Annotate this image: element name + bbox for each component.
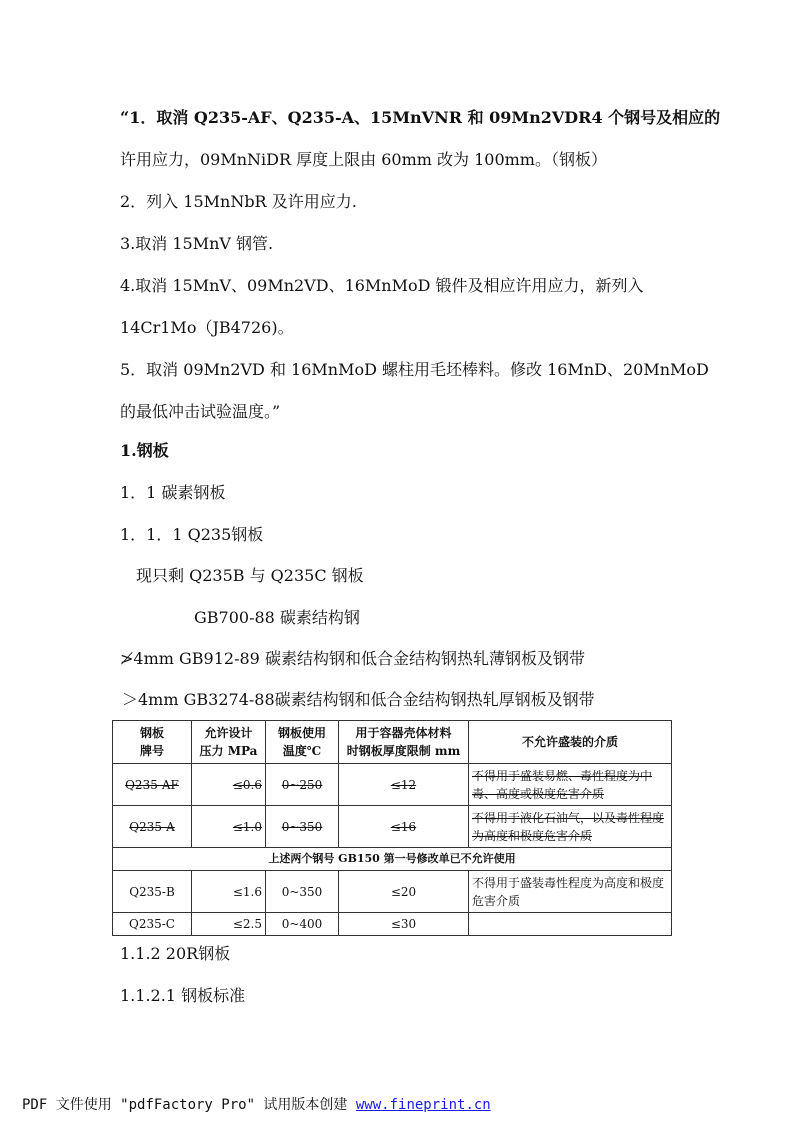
standard-gb912: ≯4mm GB912-89 碳素结构钢和低合金结构钢热轧薄钢板及钢带 — [120, 649, 585, 669]
heading-section-1-1-2: 1.1.2 20R钢板 — [120, 944, 230, 964]
intro-text: 5．取消 09Mn2VD 和 16MnMoD 螺柱用毛坯棒料。修改 16MnD、… — [120, 360, 709, 379]
cell-temperature: 0~350 — [266, 806, 339, 848]
cell-thickness: ≤16 — [339, 806, 469, 848]
header-temperature: 钢板使用 温度℃ — [266, 721, 339, 764]
pdf-footer: PDF 文件使用 "pdfFactory Pro" 试用版本创建 www.fin… — [22, 1094, 491, 1114]
intro-text: 4.取消 15MnV、09Mn2VD、16MnMoD 锻件及相应许用应力，新列入 — [120, 276, 644, 295]
table-row: Q235-C ≤2.5 0~400 ≤30 — [113, 913, 672, 936]
intro-line-6: 14Cr1Mo（JB4726)。 — [120, 318, 294, 338]
cell-grade: Q235-C — [113, 913, 192, 936]
intro-line-4: 3.取消 15MnV 钢管. — [120, 234, 273, 254]
table-row: Q235-B ≤1.6 0~350 ≤20 不得用于盛装毒性程度为高度和极度危害… — [113, 871, 672, 913]
intro-text: “1．取消 Q235-AF、Q235-A、15MnVNR 和 09Mn2VDR4… — [120, 108, 720, 128]
intro-line-7: 5．取消 09Mn2VD 和 16MnMoD 螺柱用毛坯棒料。修改 16MnD、… — [120, 360, 709, 380]
header-pressure: 允许设计 压力 MPa — [192, 721, 266, 764]
cell-grade: Q235-AF — [113, 764, 192, 806]
cell-thickness: ≤20 — [339, 871, 469, 913]
heading-section-1-1: 1．1 碳素钢板 — [120, 483, 225, 503]
cell-temperature: 0~250 — [266, 764, 339, 806]
intro-text: 3.取消 15MnV 钢管. — [120, 234, 273, 253]
footer-link[interactable]: www.fineprint.cn — [356, 1097, 491, 1113]
table-row: Q235-AF ≤0.6 0~250 ≤12 不得用于盛装易燃、毒性程度为中毒、… — [113, 764, 672, 806]
intro-text: 14Cr1Mo（JB4726)。 — [120, 318, 294, 337]
heading-section-1-1-1: 1．1．1 Q235钢板 — [120, 525, 263, 545]
heading-section-1: 1.钢板 — [120, 441, 169, 461]
header-thickness: 用于容器壳体材料 时钢板厚度限制 mm — [339, 721, 469, 764]
intro-line-2: 许用应力，09MnNiDR 厚度上限由 60mm 改为 100mm。（钢板） — [120, 150, 607, 170]
note-remaining-grades: 现只剩 Q235B 与 Q235C 钢板 — [136, 566, 364, 586]
cell-thickness: ≤30 — [339, 913, 469, 936]
table-merged-note-row: 上述两个钢号 GB150 第一号修改单已不允许使用 — [113, 848, 672, 871]
cell-thickness: ≤12 — [339, 764, 469, 806]
cell-pressure: ≤0.6 — [192, 764, 266, 806]
merged-note: 上述两个钢号 GB150 第一号修改单已不允许使用 — [113, 848, 672, 871]
heading-section-1-1-2-1: 1.1.2.1 钢板标准 — [120, 986, 245, 1006]
standard-gb3274: ＞4mm GB3274-88碳素结构钢和低合金结构钢热轧厚钢板及钢带 — [122, 690, 595, 710]
table-row: Q235-A ≤1.0 0~350 ≤16 不得用于液化石油气，以及毒性程度为高… — [113, 806, 672, 848]
cell-pressure: ≤2.5 — [192, 913, 266, 936]
cell-temperature: 0~400 — [266, 913, 339, 936]
q235-spec-table: 钢板 牌号 允许设计 压力 MPa 钢板使用 温度℃ 用于容器壳体材料 时钢板厚… — [112, 720, 672, 936]
cell-pressure: ≤1.6 — [192, 871, 266, 913]
intro-line-1: “1．取消 Q235-AF、Q235-A、15MnVNR 和 09Mn2VDR4… — [120, 108, 674, 128]
table-header-row: 钢板 牌号 允许设计 压力 MPa 钢板使用 温度℃ 用于容器壳体材料 时钢板厚… — [113, 721, 672, 764]
cell-grade: Q235-B — [113, 871, 192, 913]
cell-medium: 不得用于液化石油气，以及毒性程度为高度和极度危害介质 — [469, 806, 672, 848]
header-grade: 钢板 牌号 — [113, 721, 192, 764]
cell-temperature: 0~350 — [266, 871, 339, 913]
standard-gb700: GB700-88 碳素结构钢 — [194, 608, 360, 628]
cell-pressure: ≤1.0 — [192, 806, 266, 848]
intro-line-5: 4.取消 15MnV、09Mn2VD、16MnMoD 锻件及相应许用应力，新列入 — [120, 276, 644, 296]
intro-text: 2．列入 15MnNbR 及许用应力. — [120, 192, 357, 211]
header-medium: 不允许盛装的介质 — [469, 721, 672, 764]
cell-grade: Q235-A — [113, 806, 192, 848]
intro-line-8: 的最低冲击试验温度。” — [120, 402, 280, 422]
footer-text: PDF 文件使用 "pdfFactory Pro" 试用版本创建 — [22, 1097, 356, 1113]
intro-line-3: 2．列入 15MnNbR 及许用应力. — [120, 192, 357, 212]
intro-text: 许用应力，09MnNiDR 厚度上限由 60mm 改为 100mm。（钢板） — [120, 150, 607, 169]
cell-medium: 不得用于盛装易燃、毒性程度为中毒、高度或极度危害介质 — [469, 764, 672, 806]
intro-text: 的最低冲击试验温度。” — [120, 402, 280, 421]
cell-medium: 不得用于盛装毒性程度为高度和极度危害介质 — [469, 871, 672, 913]
cell-medium — [469, 913, 672, 936]
